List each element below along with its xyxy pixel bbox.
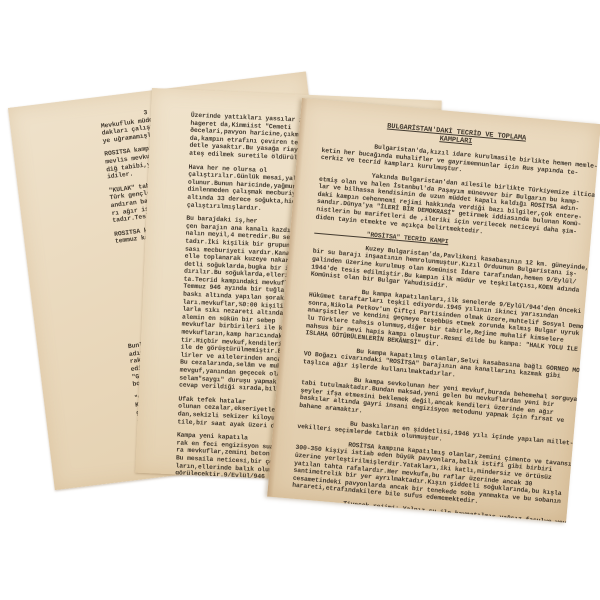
text-line: ve mevkuflar tarafından taşınmaktadır.Vü…: [289, 518, 555, 522]
document-page-right: BULGARİSTAN'DAKİ TECRİD VE TOPLAMA KAMPL…: [267, 98, 600, 523]
photo-stage: 3 Mevkufluk müddeti,bdakları çalıştırıla…: [0, 0, 600, 600]
right-page-body: Bulgaristan'da,kızıl idare kurulmasile b…: [286, 139, 587, 522]
